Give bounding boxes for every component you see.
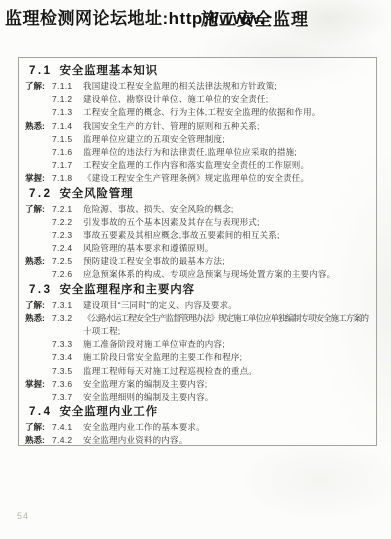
section-title: 安全监理基本知识 [60, 65, 158, 77]
item-number: 7.2.2 [52, 216, 83, 229]
item-number: 7.1.3 [52, 106, 83, 119]
syllabus-row: 熟悉:7.3.2《公路水运工程安全生产监督管理办法》规定施工单位应单独编制专项安… [25, 312, 376, 325]
syllabus-row: 7.1.2建设单位、勘察设计单位、施工单位的安全责任; [25, 93, 376, 106]
item-number: 7.1.5 [52, 133, 83, 146]
item-text: 安全监理内业工作的基本要求。 [83, 421, 205, 434]
section-header-7-2: 7.2安全风险管理 [25, 186, 376, 203]
section-number: 7.3 [29, 284, 53, 296]
requirement-level-label: 了解: [25, 203, 52, 216]
section-header-7-1: 7.1安全监理基本知识 [25, 63, 376, 80]
requirement-level-label [25, 365, 52, 378]
syllabus-row: 7.1.7工程安全监理的工作内容和落实监理安全责任的工作原则。 [25, 159, 376, 172]
syllabus-row: 熟悉:7.4.2安全监理内业资料的内容。 [25, 434, 376, 446]
item-text: 预防建设工程安全事故的最基本方法; [83, 255, 225, 268]
section-header-7-3: 7.3安全监理程序和主要内容 [25, 282, 376, 299]
watermark: 监理检测网论坛地址:http://www. 施工安全监理 [5, 4, 385, 28]
requirement-level-label [25, 229, 52, 242]
requirement-level-label: 熟悉: [25, 120, 52, 133]
syllabus-row: 7.2.4风险管理的基本要求和遵循原则。 [25, 242, 376, 255]
item-number: 7.2.1 [52, 203, 83, 216]
section-number: 7.4 [29, 406, 53, 418]
item-number: 7.2.4 [52, 242, 83, 255]
syllabus-row: 熟悉:7.1.4我国安全生产的方针、管理的原则和五种关系; [25, 120, 376, 133]
syllabus-row: 7.1.5监理单位应建立的五项安全管理制度; [25, 133, 376, 146]
requirement-level-label [25, 391, 52, 404]
section-header-7-4: 7.4安全监理内业工作 [25, 404, 376, 421]
requirement-level-label: 掌握: [25, 378, 52, 391]
item-text: 监理工程师每天对施工过程巡视检查的重点。 [83, 365, 257, 378]
syllabus-box: 7.1安全监理基本知识 了解:7.1.1我国建设工程安全监理的相关法律法规和方针… [18, 57, 377, 446]
syllabus-row: 7.3.7安全监理细则的编制及主要内容。 [25, 391, 376, 404]
requirement-level-label [25, 146, 52, 159]
syllabus-row: 掌握:7.1.8《建设工程安全生产管理条例》规定监理单位的安全责任。 [25, 172, 376, 185]
syllabus-row: 7.1.6监理单位的违法行为和法律责任,监理单位应采取的措施; [25, 146, 376, 159]
syllabus-row: 掌握:7.3.6安全监理方案的编制及主要内容; [25, 378, 376, 391]
section-title: 安全监理程序和主要内容 [60, 284, 195, 296]
item-number: 7.3.5 [52, 365, 83, 378]
item-text: 工程安全监理的概念、行为主体,工程安全监理的依据和作用。 [83, 106, 320, 119]
item-number: 7.3.4 [52, 351, 83, 364]
item-text: 引发事故的五个基本因素及其存在与表现形式; [83, 216, 260, 229]
item-text: 工程安全监理的工作内容和落实监理安全责任的工作原则。 [83, 159, 309, 172]
item-text: 监理单位的违法行为和法律责任,监理单位应采取的措施; [83, 146, 297, 159]
section-title: 安全监理内业工作 [60, 406, 158, 418]
requirement-level-label: 了解: [25, 421, 52, 434]
item-text: 建设单位、勘察设计单位、施工单位的安全责任; [83, 93, 268, 106]
item-number: 7.2.5 [52, 255, 83, 268]
syllabus-row: 7.2.3事故五要素及其相应概念,事故五要素间的相互关系; [25, 229, 376, 242]
syllabus-row: 7.3.3施工准备阶段对施工单位审查的内容; [25, 338, 376, 351]
item-text: 风险管理的基本要求和遵循原则。 [83, 242, 214, 255]
item-text: 建设项目“三同时”的定义、内容及要求。 [83, 299, 237, 312]
item-number [52, 325, 83, 338]
requirement-level-label: 熟悉: [25, 312, 52, 325]
requirement-level-label [25, 351, 52, 364]
item-number: 7.3.7 [52, 391, 83, 404]
requirement-level-label [25, 242, 52, 255]
item-number: 7.1.7 [52, 159, 83, 172]
item-text: 事故五要素及其相应概念,事故五要素间的相互关系; [83, 229, 280, 242]
syllabus-row: 了解:7.1.1我国建设工程安全监理的相关法律法规和方针政策; [25, 80, 376, 93]
section-title: 安全风险管理 [60, 188, 134, 200]
syllabus-row-continuation: 十项工程; [25, 325, 376, 338]
syllabus-row: 7.2.6应急预案体系的构成、专项应急预案与现场处置方案的主要内容。 [25, 268, 376, 281]
item-number: 7.1.8 [52, 172, 83, 185]
item-text: 施工阶段日常安全监理的主要工作和程序; [83, 351, 242, 364]
item-text: 监理单位应建立的五项安全管理制度; [83, 133, 225, 146]
requirement-level-label [25, 159, 52, 172]
requirement-level-label: 了解: [25, 299, 52, 312]
requirement-level-label: 熟悉: [25, 434, 52, 446]
item-text: 应急预案体系的构成、专项应急预案与现场处置方案的主要内容。 [83, 268, 335, 281]
requirement-level-label: 了解: [25, 80, 52, 93]
item-text: 危险源、事故、损失、安全风险的概念; [83, 203, 233, 216]
item-text: 我国安全生产的方针、管理的原则和五种关系; [83, 120, 260, 133]
item-text: 我国建设工程安全监理的相关法律法规和方针政策; [83, 80, 277, 93]
requirement-level-label [25, 325, 52, 338]
item-number: 7.4.1 [52, 421, 83, 434]
item-number: 7.3.6 [52, 378, 83, 391]
syllabus-row: 熟悉:7.2.5预防建设工程安全事故的最基本方法; [25, 255, 376, 268]
syllabus-row: 了解:7.2.1危险源、事故、损失、安全风险的概念; [25, 203, 376, 216]
requirement-level-label [25, 93, 52, 106]
syllabus-row: 7.2.2引发事故的五个基本因素及其存在与表现形式; [25, 216, 376, 229]
page-number: 54 [17, 511, 29, 521]
item-text: 《公路水运工程安全生产监督管理办法》规定施工单位应单独编制专项安全施工方案的 [83, 312, 368, 325]
item-number: 7.1.2 [52, 93, 83, 106]
item-number: 7.3.2 [52, 312, 83, 325]
requirement-level-label: 熟悉: [25, 255, 52, 268]
requirement-level-label [25, 338, 52, 351]
section-number: 7.1 [29, 65, 53, 77]
item-text: 安全监理细则的编制及主要内容。 [83, 391, 214, 404]
item-number: 7.1.1 [52, 80, 83, 93]
requirement-level-label [25, 268, 52, 281]
requirement-level-label [25, 106, 52, 119]
syllabus-row: 7.3.4施工阶段日常安全监理的主要工作和程序; [25, 351, 376, 364]
watermark-title-text: 施工安全监理 [201, 5, 309, 30]
item-text: 施工准备阶段对施工单位审查的内容; [83, 338, 225, 351]
syllabus-row: 了解:7.4.1安全监理内业工作的基本要求。 [25, 421, 376, 434]
item-text: 十项工程; [83, 325, 120, 338]
requirement-level-label [25, 133, 52, 146]
item-number: 7.2.3 [52, 229, 83, 242]
item-number: 7.3.3 [52, 338, 83, 351]
requirement-level-label: 掌握: [25, 172, 52, 185]
item-number: 7.4.2 [52, 434, 83, 446]
item-number: 7.3.1 [52, 299, 83, 312]
item-text: 《建设工程安全生产管理条例》规定监理单位的安全责任。 [83, 172, 309, 185]
syllabus-row: 7.1.3工程安全监理的概念、行为主体,工程安全监理的依据和作用。 [25, 106, 376, 119]
item-number: 7.2.6 [52, 268, 83, 281]
item-text: 安全监理内业资料的内容。 [83, 434, 187, 446]
section-number: 7.2 [29, 188, 53, 200]
requirement-level-label [25, 216, 52, 229]
item-number: 7.1.6 [52, 146, 83, 159]
item-number: 7.1.4 [52, 120, 83, 133]
syllabus-row: 了解:7.3.1建设项目“三同时”的定义、内容及要求。 [25, 299, 376, 312]
item-text: 安全监理方案的编制及主要内容; [83, 378, 207, 391]
syllabus-row: 7.3.5监理工程师每天对施工过程巡视检查的重点。 [25, 365, 376, 378]
